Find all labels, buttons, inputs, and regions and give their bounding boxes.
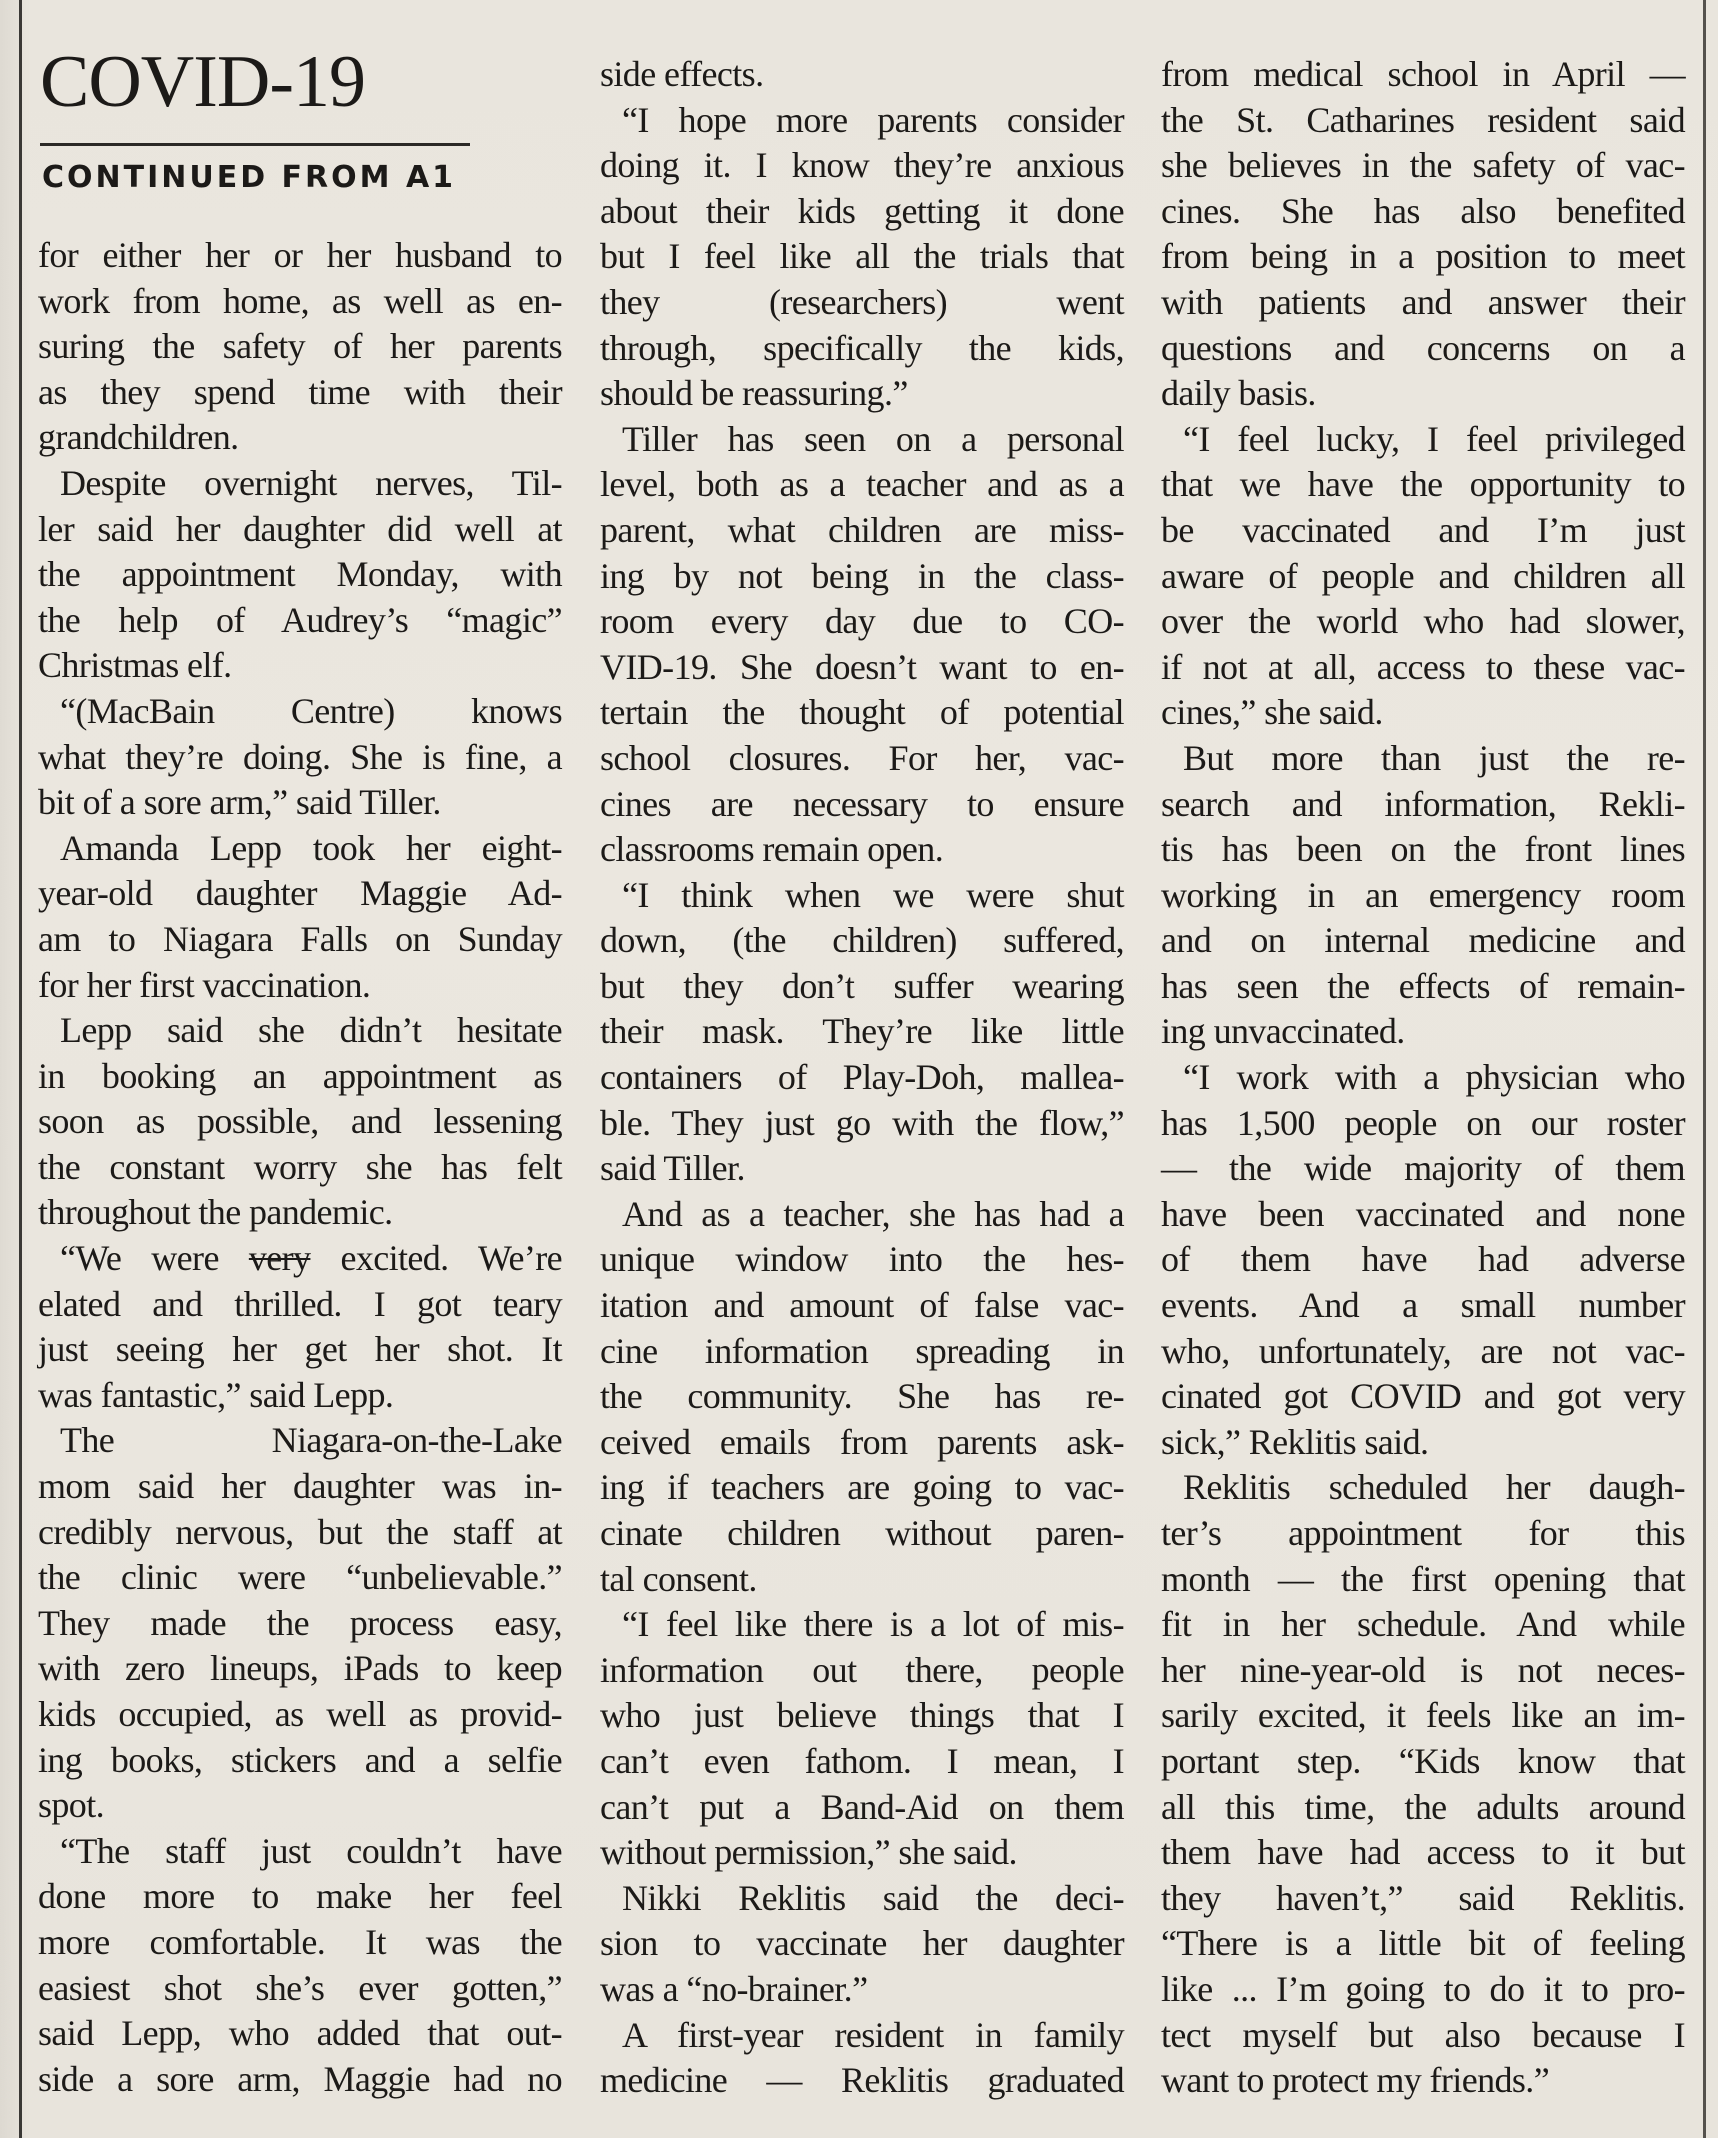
article-column-2: side effects.“I hope more parents consid… <box>600 52 1124 2104</box>
article-text-line: but they don’t suffer wearing <box>600 964 1124 1010</box>
article-text-line: sick,” Reklitis said. <box>1161 1420 1685 1466</box>
article-text-line: side a sore arm, Maggie had no <box>38 2057 562 2103</box>
article-text-line: down, (the children) suffered, <box>600 918 1124 964</box>
article-text-line: her nine-year-old is not neces- <box>1161 1648 1685 1694</box>
article-text-line: more comfortable. It was the <box>38 1920 562 1966</box>
article-text-line: grandchildren. <box>38 415 562 461</box>
article-text-line: containers of Play-Doh, mallea- <box>600 1055 1124 1101</box>
article-text-line: cinated got COVID and got very <box>1161 1374 1685 1420</box>
article-text-line: over the world who had slower, <box>1161 599 1685 645</box>
article-text-line: am to Niagara Falls on Sunday <box>38 917 562 963</box>
article-text-line: But more than just the re- <box>1161 736 1685 782</box>
article-text-line: tect myself but also because I <box>1161 2013 1685 2059</box>
article-text-line: easiest shot she’s ever gotten,” <box>38 1966 562 2012</box>
article-text-line: “We were very excited. We’re <box>38 1236 562 1282</box>
article-text-line: them have had access to it but <box>1161 1830 1685 1876</box>
article-text-line: the community. She has re- <box>600 1374 1124 1420</box>
article-text-line: if not at all, access to these vac- <box>1161 645 1685 691</box>
article-text-line: was fantastic,” said Lepp. <box>38 1373 562 1419</box>
article-text-line: the constant worry she has felt <box>38 1145 562 1191</box>
article-column-3: from medical school in April —the St. Ca… <box>1161 52 1685 2104</box>
article-text-line: what they’re doing. She is fine, a <box>38 735 562 781</box>
article-text-line: medicine — Reklitis graduated <box>600 2058 1124 2104</box>
article-text-line: elated and thrilled. I got teary <box>38 1282 562 1328</box>
article-text-line: the appointment Monday, with <box>38 552 562 598</box>
article-text-line: And as a teacher, she has had a <box>600 1192 1124 1238</box>
article-text-line: from being in a position to meet <box>1161 234 1685 280</box>
article-text-line: tal consent. <box>600 1557 1124 1603</box>
newspaper-page: COVID-19 CONTINUED FROM A1 for either he… <box>0 0 1718 2138</box>
heading-divider <box>40 143 470 146</box>
article-text-line: information out there, people <box>600 1648 1124 1694</box>
article-text-line: working in an emergency room <box>1161 873 1685 919</box>
article-text-line: search and information, Rekli- <box>1161 782 1685 828</box>
article-text-line: as they spend time with their <box>38 370 562 416</box>
article-text-line: their mask. They’re like little <box>600 1009 1124 1055</box>
article-text-line: who, unfortunately, are not vac- <box>1161 1329 1685 1375</box>
article-text-line: work from home, as well as en- <box>38 279 562 325</box>
article-text-line: with patients and answer their <box>1161 280 1685 326</box>
article-text-line: year-old daughter Maggie Ad- <box>38 871 562 917</box>
article-text-line: for her first vaccination. <box>38 963 562 1009</box>
article-text-line: Tiller has seen on a personal <box>600 417 1124 463</box>
article-text-line: daily basis. <box>1161 371 1685 417</box>
article-text-line: has 1,500 people on our roster <box>1161 1101 1685 1147</box>
article-text-line: can’t put a Band-Aid on them <box>600 1785 1124 1831</box>
article-text-line: Amanda Lepp took her eight- <box>38 826 562 872</box>
article-text-line: throughout the pandemic. <box>38 1190 562 1236</box>
article-text-line: “The staff just couldn’t have <box>38 1829 562 1875</box>
article-text-line: cines are necessary to ensure <box>600 782 1124 828</box>
pen-strikethrough-mark: very <box>249 1238 311 1278</box>
continued-from-label: CONTINUED FROM A1 <box>42 160 456 195</box>
article-text-line: unique window into the hes- <box>600 1237 1124 1283</box>
article-text-line: for either her or her husband to <box>38 233 562 279</box>
article-text-line: the help of Audrey’s “magic” <box>38 598 562 644</box>
article-text-line: they haven’t,” said Reklitis. <box>1161 1876 1685 1922</box>
article-text-line: just seeing her get her shot. It <box>38 1327 562 1373</box>
article-text-line: and on internal medicine and <box>1161 918 1685 964</box>
article-text-line: ing unvaccinated. <box>1161 1009 1685 1055</box>
article-text-line: the St. Catharines resident said <box>1161 98 1685 144</box>
article-text-line: tis has been on the front lines <box>1161 827 1685 873</box>
article-text-line: said Lepp, who added that out- <box>38 2011 562 2057</box>
article-text-line: side effects. <box>600 52 1124 98</box>
article-text-line: said Tiller. <box>600 1146 1124 1192</box>
article-text-line: ble. They just go with the flow,” <box>600 1101 1124 1147</box>
article-text-line: tertain the thought of potential <box>600 690 1124 736</box>
article-text-line: have been vaccinated and none <box>1161 1192 1685 1238</box>
left-column-rule <box>19 0 22 2138</box>
article-text-line: ing by not being in the class- <box>600 554 1124 600</box>
article-text-line: level, both as a teacher and as a <box>600 462 1124 508</box>
article-text-line: A first-year resident in family <box>600 2013 1124 2059</box>
article-text-line: questions and concerns on a <box>1161 326 1685 372</box>
article-text-line: kids occupied, as well as provid- <box>38 1692 562 1738</box>
article-text-line: The Niagara-on-the-Lake <box>38 1418 562 1464</box>
article-text-line: — the wide majority of them <box>1161 1146 1685 1192</box>
article-text-line: “I think when we were shut <box>600 873 1124 919</box>
article-text-line: mom said her daughter was in- <box>38 1464 562 1510</box>
article-text-line: who just believe things that I <box>600 1693 1124 1739</box>
article-text-line: “(MacBain Centre) knows <box>38 689 562 735</box>
article-text-line: portant step. “Kids know that <box>1161 1739 1685 1785</box>
article-text-line: classrooms remain open. <box>600 827 1124 873</box>
article-text-line: “I hope more parents consider <box>600 98 1124 144</box>
article-text-line: room every day due to CO- <box>600 599 1124 645</box>
article-text-line: want to protect my friends.” <box>1161 2058 1685 2104</box>
article-text-line: should be reassuring.” <box>600 371 1124 417</box>
article-text-line: from medical school in April — <box>1161 52 1685 98</box>
article-text-line: doing it. I know they’re anxious <box>600 143 1124 189</box>
article-text-line: of them have had adverse <box>1161 1237 1685 1283</box>
article-text-line: Nikki Reklitis said the deci- <box>600 1876 1124 1922</box>
article-text-line: she believes in the safety of vac- <box>1161 143 1685 189</box>
article-text-line: parent, what children are miss- <box>600 508 1124 554</box>
article-text-line: be vaccinated and I’m just <box>1161 508 1685 554</box>
article-text-line: They made the process easy, <box>38 1601 562 1647</box>
article-text-line: cines,” she said. <box>1161 690 1685 736</box>
article-text-line: events. And a small number <box>1161 1283 1685 1329</box>
article-text-line: “There is a little bit of feeling <box>1161 1921 1685 1967</box>
article-text-line: itation and amount of false vac- <box>600 1283 1124 1329</box>
article-text-line: credibly nervous, but the staff at <box>38 1510 562 1556</box>
article-text-line: bit of a sore arm,” said Tiller. <box>38 780 562 826</box>
article-text-line: VID-19. She doesn’t want to en- <box>600 645 1124 691</box>
article-text-line: spot. <box>38 1783 562 1829</box>
article-text-line: about their kids getting it done <box>600 189 1124 235</box>
article-text-line: has seen the effects of remain- <box>1161 964 1685 1010</box>
article-text-line: done more to make her feel <box>38 1874 562 1920</box>
article-text-line: Reklitis scheduled her daugh- <box>1161 1465 1685 1511</box>
article-text-line: cinate children without paren- <box>600 1511 1124 1557</box>
article-text-line: ler said her daughter did well at <box>38 507 562 553</box>
article-text-line: Christmas elf. <box>38 643 562 689</box>
article-text-line: with zero lineups, iPads to keep <box>38 1646 562 1692</box>
article-text-line: without permission,” she said. <box>600 1830 1124 1876</box>
article-text-line: “I feel like there is a lot of mis- <box>600 1602 1124 1648</box>
article-text-line: sarily excited, it feels like an im- <box>1161 1693 1685 1739</box>
article-text-line: they (researchers) went <box>600 280 1124 326</box>
article-text-line: ceived emails from parents ask- <box>600 1420 1124 1466</box>
article-text-line: fit in her schedule. And while <box>1161 1602 1685 1648</box>
right-column-rule <box>1703 0 1706 2138</box>
article-text-line: that we have the opportunity to <box>1161 462 1685 508</box>
article-column-1: for either her or her husband towork fro… <box>38 233 562 2102</box>
article-text-line: ing if teachers are going to vac- <box>600 1465 1124 1511</box>
article-text-line: month — the first opening that <box>1161 1557 1685 1603</box>
article-text-line: in booking an appointment as <box>38 1054 562 1100</box>
article-text-line: sion to vaccinate her daughter <box>600 1921 1124 1967</box>
article-text-line: ing books, stickers and a selfie <box>38 1738 562 1784</box>
article-text-line: was a “no-brainer.” <box>600 1967 1124 2013</box>
article-text-line: school closures. For her, vac- <box>600 736 1124 782</box>
article-text-line: aware of people and children all <box>1161 554 1685 600</box>
article-text-line: “I feel lucky, I feel privileged <box>1161 417 1685 463</box>
article-text-line: the clinic were “unbelievable.” <box>38 1555 562 1601</box>
article-text-line: suring the safety of her parents <box>38 324 562 370</box>
article-text-line: Despite overnight nerves, Til- <box>38 461 562 507</box>
article-text-line: but I feel like all the trials that <box>600 234 1124 280</box>
article-text-line: can’t even fathom. I mean, I <box>600 1739 1124 1785</box>
article-text-line: Lepp said she didn’t hesitate <box>38 1008 562 1054</box>
article-text-line: ter’s appointment for this <box>1161 1511 1685 1557</box>
article-text-line: cines. She has also benefited <box>1161 189 1685 235</box>
article-text-line: soon as possible, and lessening <box>38 1099 562 1145</box>
section-heading: COVID-19 <box>40 42 365 122</box>
article-text-line: cine information spreading in <box>600 1329 1124 1375</box>
article-text-line: through, specifically the kids, <box>600 326 1124 372</box>
article-text-line: all this time, the adults around <box>1161 1785 1685 1831</box>
article-text-line: “I work with a physician who <box>1161 1055 1685 1101</box>
article-text-line: like ... I’m going to do it to pro- <box>1161 1967 1685 2013</box>
